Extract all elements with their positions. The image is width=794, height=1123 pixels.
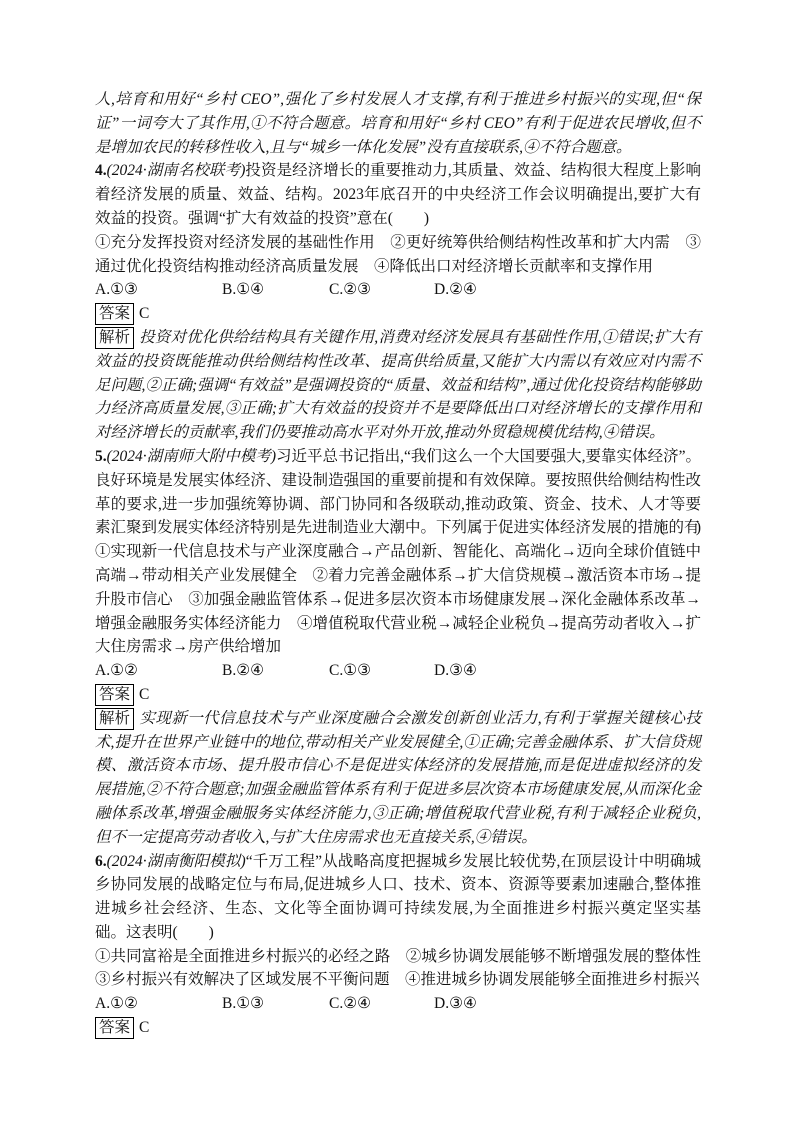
choice-d: D.③④ bbox=[434, 992, 477, 1016]
question-4-number: 4. bbox=[95, 162, 107, 179]
question-4-options: ①充分发挥投资对经济发展的基础性作用 ②更好统筹供给侧结构性改革和扩大内需 ③通… bbox=[95, 231, 701, 279]
question-5-stem: 5.(2024·湖南师大附中模考)习近平总书记指出,“我们这么一个大国要强大,要… bbox=[95, 445, 701, 540]
analysis-text: 投资对优化供给结构具有关键作用,消费对经济发展具有基础性作用,①错误;扩大有效益… bbox=[95, 329, 701, 441]
answer-label: 答案 bbox=[95, 1017, 134, 1039]
question-6-source: (2024·湖南衡阳模拟) bbox=[107, 853, 246, 870]
question-4: 4.(2024·湖南名校联考)投资是经济增长的重要推动力,其质量、效益、结构很大… bbox=[95, 159, 701, 445]
question-5-analysis: 解析实现新一代信息技术与产业深度融合会激发创新创业活力,有利于掌握关键核心技术,… bbox=[95, 707, 701, 850]
question-5-source: (2024·湖南师大附中模考) bbox=[107, 448, 276, 465]
question-6-choice-row: A.①②B.①③C.②④D.③④ bbox=[95, 992, 701, 1016]
analysis-continuation-text: 人,培育和用好“乡村 CEO”,强化了乡村发展人才支撑,有利于推进乡村振兴的实现… bbox=[95, 88, 701, 159]
question-4-answer-bracket: ( ) bbox=[388, 210, 429, 227]
choice-b: B.①③ bbox=[222, 992, 329, 1016]
question-4-source: (2024·湖南名校联考) bbox=[107, 162, 246, 179]
choice-b: B.②④ bbox=[222, 659, 329, 683]
question-6-answer-bracket: ( ) bbox=[173, 924, 214, 941]
analysis-text: 实现新一代信息技术与产业深度融合会激发创新创业活力,有利于掌握关键核心技术,提升… bbox=[95, 710, 701, 846]
question-5-number: 5. bbox=[95, 448, 107, 465]
choice-d: D.②④ bbox=[434, 278, 477, 302]
question-5: 5.(2024·湖南师大附中模考)习近平总书记指出,“我们这么一个大国要强大,要… bbox=[95, 445, 701, 850]
answer-value: C bbox=[139, 686, 149, 703]
choice-d: D.③④ bbox=[434, 659, 477, 683]
choice-c: C.②④ bbox=[329, 992, 434, 1016]
question-5-options: ①实现新一代信息技术与产业深度融合→产品创新、智能化、高端化→迈向全球价值链中高… bbox=[95, 540, 701, 659]
analysis-label: 解析 bbox=[95, 708, 134, 730]
question-6-number: 6. bbox=[95, 853, 107, 870]
choice-c: C.①③ bbox=[329, 659, 434, 683]
exam-page: 人,培育和用好“乡村 CEO”,强化了乡村发展人才支撑,有利于推进乡村振兴的实现… bbox=[0, 0, 794, 1123]
question-6-stem: 6.(2024·湖南衡阳模拟)“千万工程”从战略高度把握城乡发展比较优势,在顶层… bbox=[95, 850, 701, 945]
question-6-answer-row: 答案C bbox=[95, 1016, 701, 1040]
question-4-choice-row: A.①③B.①④C.②③D.②④ bbox=[95, 278, 701, 302]
answer-value: C bbox=[139, 1019, 149, 1036]
answer-label: 答案 bbox=[95, 684, 134, 706]
question-4-analysis: 解析投资对优化供给结构具有关键作用,消费对经济发展具有基础性作用,①错误;扩大有… bbox=[95, 326, 701, 445]
question-5-answer-bracket: ( ) bbox=[660, 516, 701, 540]
answer-label: 答案 bbox=[95, 303, 134, 325]
choice-a: A.①③ bbox=[95, 278, 222, 302]
question-6: 6.(2024·湖南衡阳模拟)“千万工程”从战略高度把握城乡发展比较优势,在顶层… bbox=[95, 850, 701, 1040]
analysis-label: 解析 bbox=[95, 327, 134, 349]
choice-c: C.②③ bbox=[329, 278, 434, 302]
question-5-answer-row: 答案C bbox=[95, 683, 701, 707]
question-4-stem: 4.(2024·湖南名校联考)投资是经济增长的重要推动力,其质量、效益、结构很大… bbox=[95, 159, 701, 230]
choice-b: B.①④ bbox=[222, 278, 329, 302]
question-6-options: ①共同富裕是全面推进乡村振兴的必经之路 ②城乡协调发展能够不断增强发展的整体性 … bbox=[95, 945, 701, 993]
question-4-answer-row: 答案C bbox=[95, 302, 701, 326]
choice-a: A.①② bbox=[95, 659, 222, 683]
question-5-choice-row: A.①②B.②④C.①③D.③④ bbox=[95, 659, 701, 683]
choice-a: A.①② bbox=[95, 992, 222, 1016]
answer-value: C bbox=[139, 305, 149, 322]
